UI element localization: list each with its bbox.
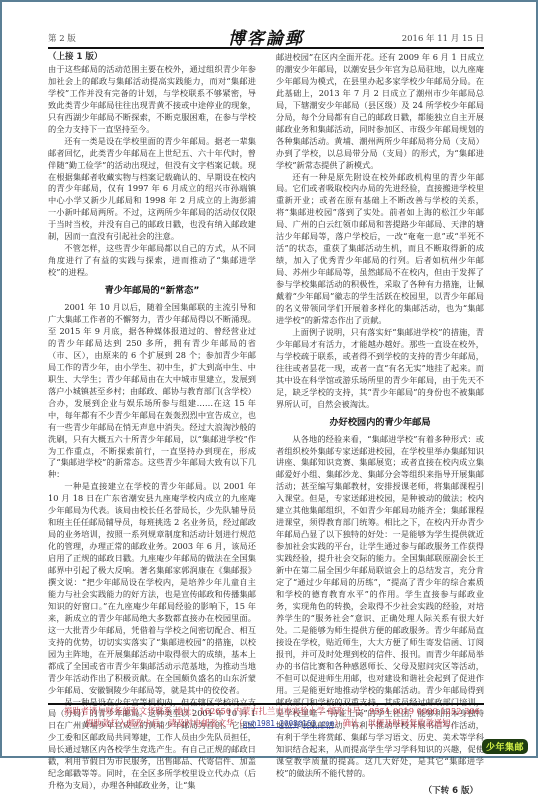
header-rule xyxy=(48,47,484,49)
right-column: 邮进校园”在区内全面开花。还有 2009 年 6 月 1 日成立的潮安少年邮局，… xyxy=(276,52,484,758)
paragraph: 上面例子说明，只有落实好“集邮进学校”的措施，青少年邮局才有活力，才能越办越好。… xyxy=(276,327,484,411)
issue-date: 2016 年 11 月 15 日 xyxy=(402,32,484,44)
article-body: （上接 1 版） 由于这些邮局的活动范围主要在校外，通过组织青少年参加社会上的邮… xyxy=(48,52,484,702)
page-frame: 第 2 版 博客論郵 2016 年 11 月 15 日 （上接 1 版） 由于这… xyxy=(0,0,538,758)
paragraph: 还有一类是设在学校里面的青少年邮局。据老一辈集邮者回忆，此类青少年邮局在上世纪五… xyxy=(48,136,256,244)
donation-confirm-line: 捐助款打入邮政卡后，请及时电邮张文华（zwh1981-2008@163.com）… xyxy=(42,718,502,730)
paragraph: 邮进校园”在区内全面开花。还有 2009 年 6 月 1 日成立的潮安少年邮局，… xyxy=(276,52,484,172)
continued-from: （上接 1 版） xyxy=(48,52,256,64)
email-link[interactable]: zwh1981-2008@163.com xyxy=(243,719,334,728)
paragraph: 一种是直接建立在学校的青少年邮局。以 2001 年 10 月 18 日在广东省潮… xyxy=(48,481,256,696)
donation-contact-line: 捐助者请与财务部张文华联系 地址：162650 内蒙古扎兰屯市实验小学 邮政卡号… xyxy=(42,706,502,718)
confirm-prefix: 捐助款打入邮政卡后，请及时电邮张文华（ xyxy=(85,718,243,728)
page-header: 第 2 版 博客論郵 2016 年 11 月 15 日 xyxy=(48,24,484,48)
paragraph: 还有一种是原先附设在校外邮政机构里的青少年邮局。它们或者吸取校内办局的先进经验，… xyxy=(276,172,484,327)
confirm-suffix: ）确认，以便及时回复收款通知。 xyxy=(334,718,458,728)
left-column: （上接 1 版） 由于这些邮局的活动范围主要在校外，通过组织青少年参加社会上的邮… xyxy=(48,52,256,758)
donation-footer: 捐助者请与财务部张文华联系 地址：162650 内蒙古扎兰屯市实验小学 邮政卡号… xyxy=(42,706,502,729)
footer-rule xyxy=(48,703,484,705)
youth-philately-logo: 少年集邮 xyxy=(482,739,528,754)
paragraph: 不管怎样，这些青少年邮局都以自己的方式，从不同角度进行了有益的实践与探索，进而推… xyxy=(48,243,256,279)
section-title-new-normal: 青少年邮局的“新常态” xyxy=(48,285,256,297)
section-title-campus-post: 办好校园内的青少年邮局 xyxy=(276,417,484,429)
paragraph: 由于这些邮局的活动范围主要在校外，通过组织青少年参加社会上的邮政与集邮活动提高实… xyxy=(48,64,256,136)
paragraph: 2001 年 10 月以后，随着全国集邮联的主流引导和广大集邮工作者的不懈努力，… xyxy=(48,302,256,481)
